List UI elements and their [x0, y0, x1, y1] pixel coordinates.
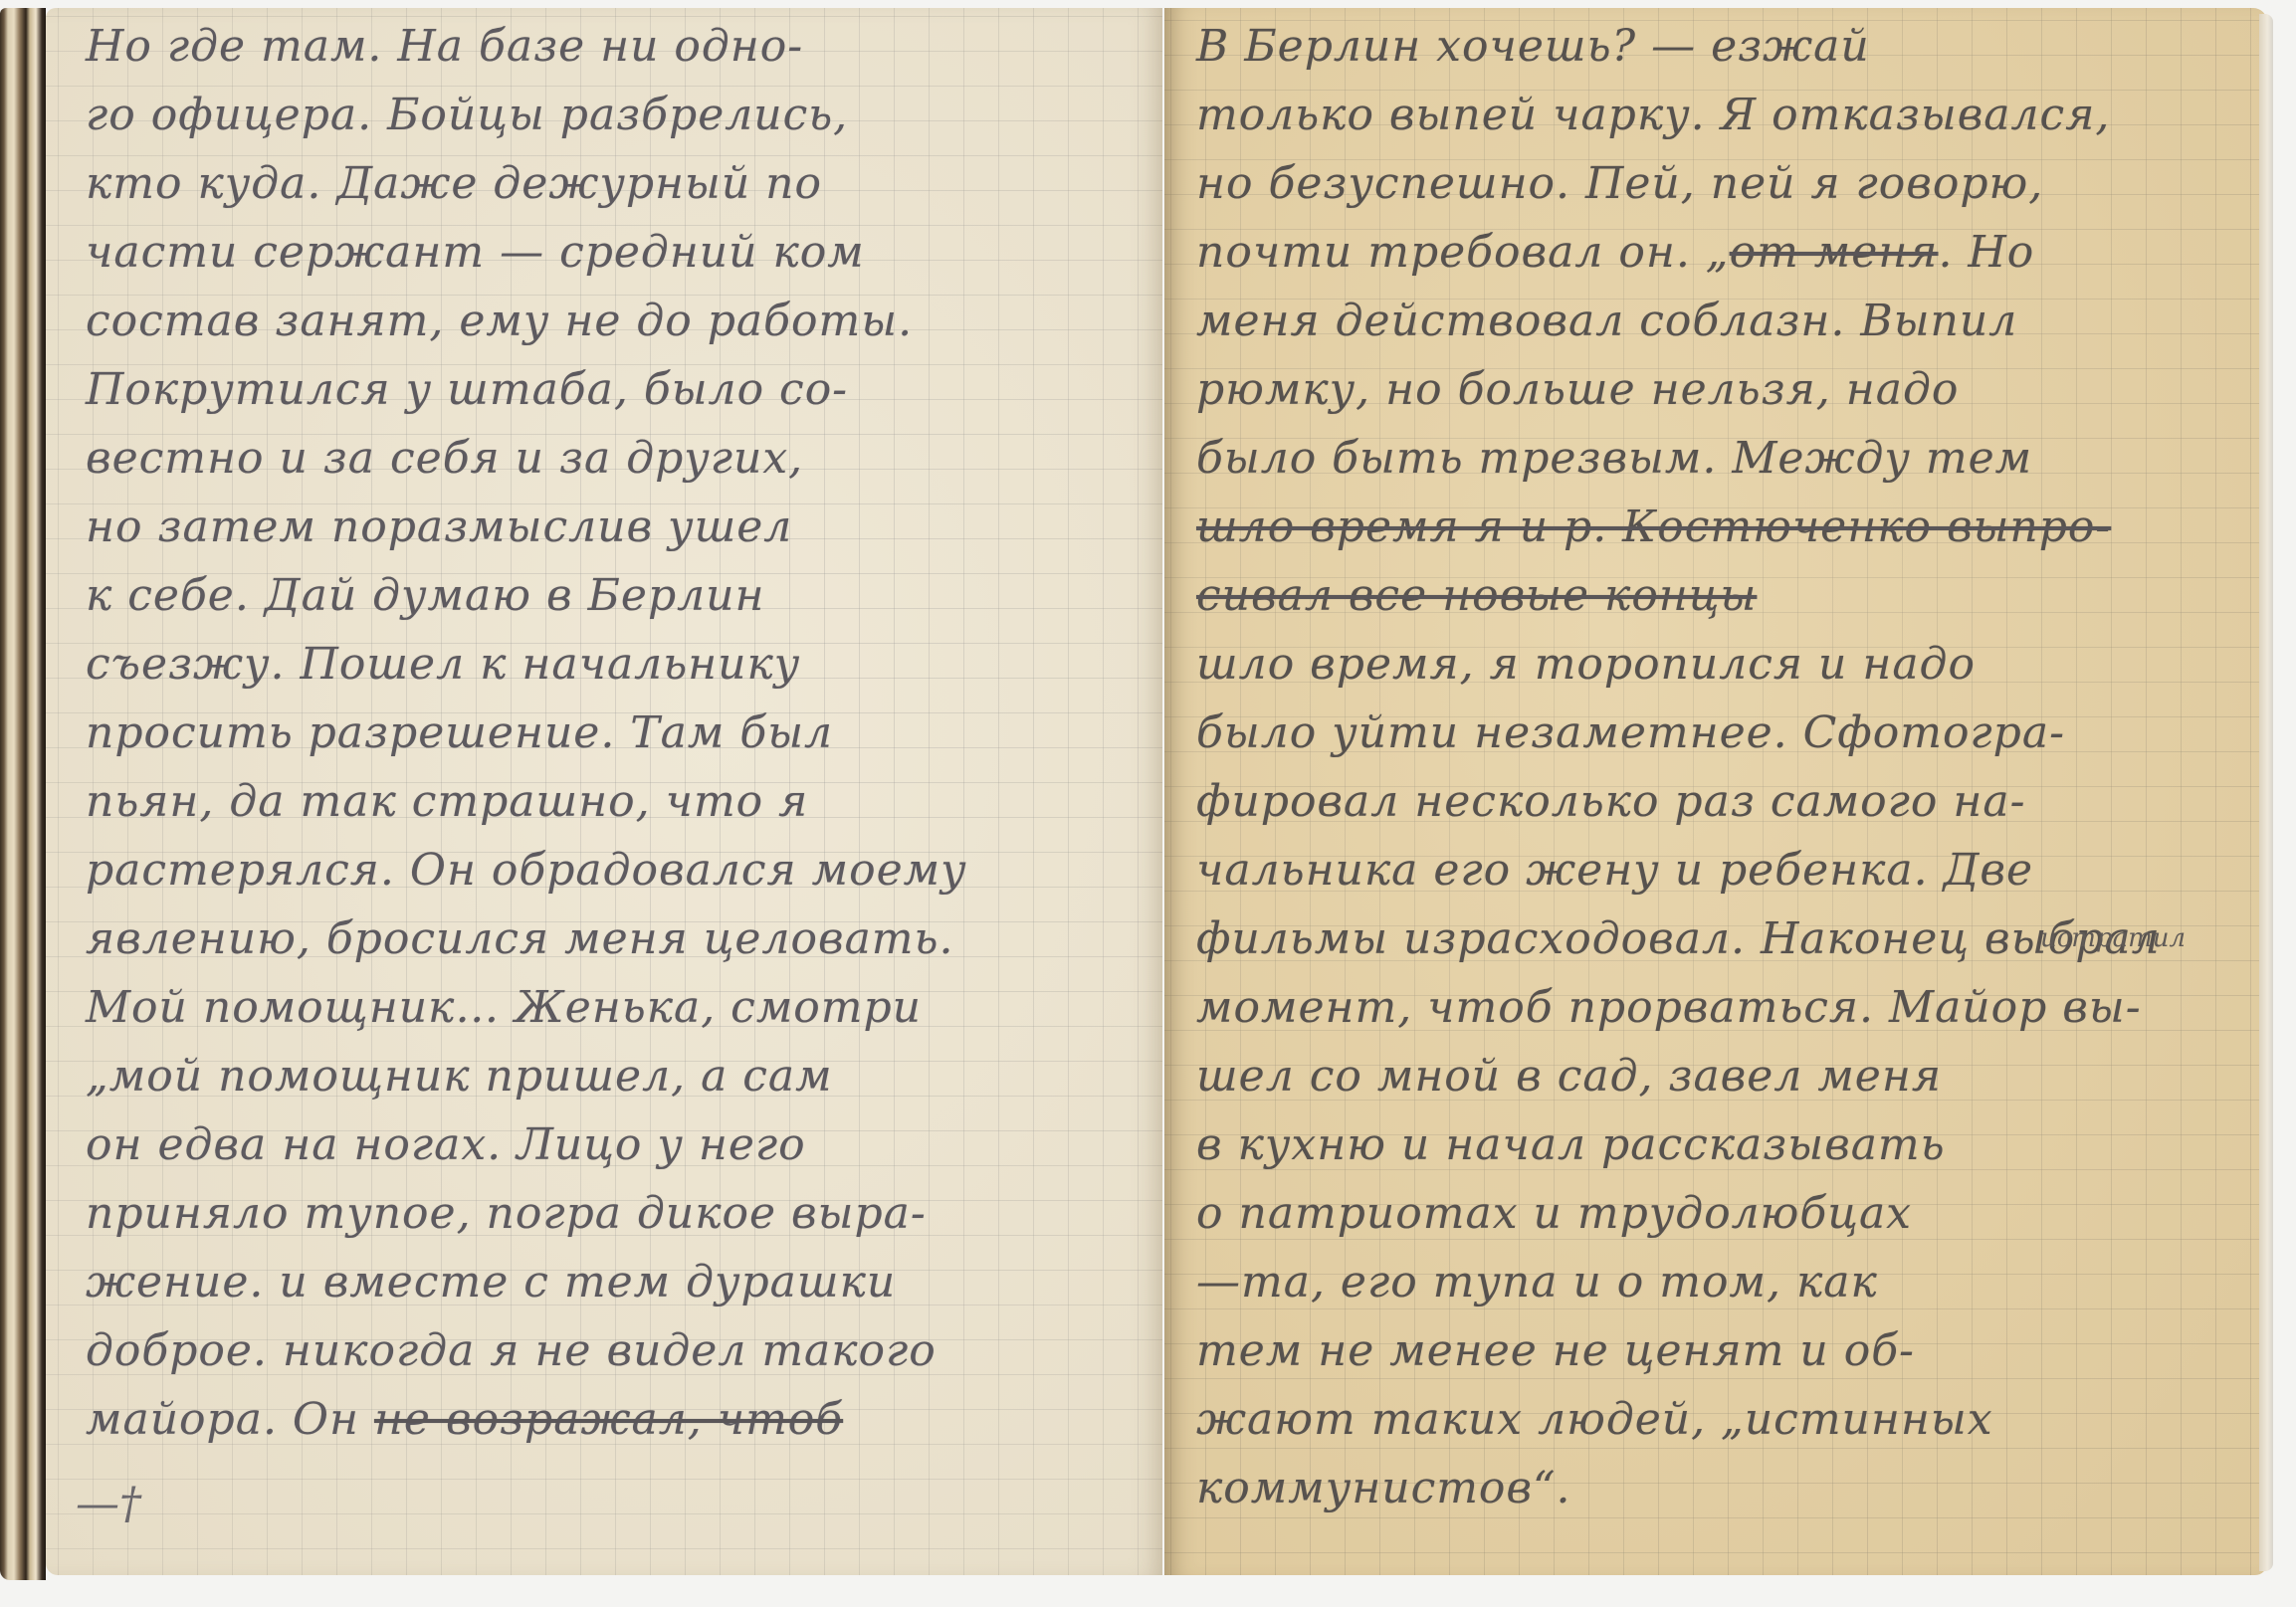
handwritten-line: в кухню и начал рассказывать: [1164, 1110, 2267, 1179]
handwritten-line-with-strikethrough: почти требовал он. „от меня. Но: [1164, 218, 2267, 287]
handwritten-line: просить разрешение. Там был: [46, 699, 1162, 767]
handwritten-line: было быть трезвым. Между тем: [1164, 424, 2267, 493]
struck-text: от меня: [1730, 227, 1939, 278]
handwritten-line: но затем поразмыслив ушел: [46, 493, 1162, 561]
handwritten-line: но безуспешно. Пей, пей я говорю,: [1164, 149, 2267, 218]
handwritten-line-with-strikethrough: майора. Он не возражал, чтоб: [46, 1385, 1162, 1454]
end-of-entry-mark: —†: [76, 1479, 141, 1529]
handwritten-line: рюмку, но больше нельзя, надо: [1164, 355, 2267, 424]
handwritten-line: тем не менее не ценят и об-: [1164, 1316, 2267, 1385]
line-start: почти требовал он. „: [1196, 227, 1730, 278]
handwritten-line: Мой помощник… Женька, смотри: [46, 973, 1162, 1042]
handwritten-line: „мой помощник пришел, а сам: [46, 1042, 1162, 1110]
handwritten-line: части сержант — средний ком: [46, 218, 1162, 287]
handwritten-line: —та, его тупа и о том, как: [1164, 1248, 2267, 1316]
handwritten-line: шло время, я торопился и надо: [1164, 630, 2267, 699]
struck-text: не возражал, чтоб: [374, 1394, 843, 1445]
handwritten-line: В Берлин хочешь? — езжай: [1164, 12, 2267, 81]
handwritten-line: Но где там. На базе ни одно-: [46, 12, 1162, 81]
notebook-binding-edge: [0, 8, 46, 1580]
line-start: майора. Он: [86, 1394, 374, 1445]
right-page: В Берлин хочешь? — езжай только выпей ча…: [1164, 8, 2267, 1575]
handwritten-line: меня действовал соблазн. Выпил: [1164, 287, 2267, 355]
handwritten-line: растерялся. Он обрадовался моему: [46, 836, 1162, 904]
left-page: Но где там. На базе ни одно- го офицера.…: [46, 8, 1162, 1575]
handwritten-line: чальника его жену и ребенка. Две: [1164, 836, 2267, 904]
handwritten-line: о патриотах и трудолюбцах: [1164, 1179, 2267, 1248]
handwritten-line: момент, чтоб прорваться. Майор вы-: [1164, 973, 2267, 1042]
handwritten-line: жают таких людей, „истинных: [1164, 1385, 2267, 1454]
handwritten-line: жение. и вместе с тем дурашки: [46, 1248, 1162, 1316]
handwritten-line: коммунистов“.: [1164, 1454, 2267, 1522]
handwritten-line: го офицера. Бойцы разбрелись,: [46, 81, 1162, 149]
notebook-spread: Но где там. На базе ни одно- го офицера.…: [0, 0, 2296, 1607]
handwritten-line: состав занят, ему не до работы.: [46, 287, 1162, 355]
handwritten-line: приняло тупое, погра дикое выра-: [46, 1179, 1162, 1248]
handwritten-line: шел со мной в сад, завел меня: [1164, 1042, 2267, 1110]
handwritten-line: он едва на ногах. Лицо у него: [46, 1110, 1162, 1179]
struck-line: шло время я и р. Костюченко выпро-: [1164, 493, 2267, 561]
handwritten-line: только выпей чарку. Я отказывался,: [1164, 81, 2267, 149]
page-stack-edge: [2259, 14, 2273, 1571]
interlinear-annotation: истратил: [2040, 923, 2186, 953]
line-end: . Но: [1938, 227, 2034, 278]
handwritten-line: к себе. Дай думаю в Берлин: [46, 561, 1162, 630]
handwritten-line: фировал несколько раз самого на-: [1164, 767, 2267, 836]
struck-line: сивал все новые концы: [1164, 561, 2267, 630]
handwritten-line: съезжу. Пошел к начальнику: [46, 630, 1162, 699]
handwritten-line: доброе. никогда я не видел такого: [46, 1316, 1162, 1385]
handwritten-line: явлению, бросился меня целовать.: [46, 904, 1162, 973]
handwritten-line: Покрутился у штаба, было со-: [46, 355, 1162, 424]
right-page-text: В Берлин хочешь? — езжай только выпей ча…: [1164, 12, 2267, 1522]
left-page-text: Но где там. На базе ни одно- го офицера.…: [46, 12, 1162, 1454]
handwritten-line: пьян, да так страшно, что я: [46, 767, 1162, 836]
handwritten-line: вестно и за себя и за других,: [46, 424, 1162, 493]
handwritten-line: было уйти незаметнее. Сфотогра-: [1164, 699, 2267, 767]
handwritten-line: кто куда. Даже дежурный по: [46, 149, 1162, 218]
